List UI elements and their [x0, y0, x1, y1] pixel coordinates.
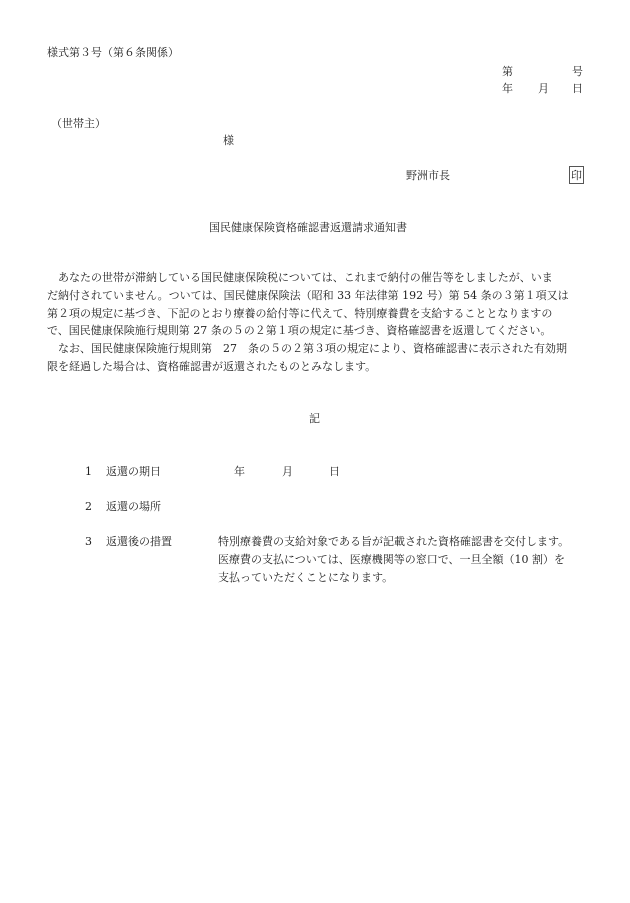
item-number: 3	[85, 536, 92, 547]
deadline-year: 年	[234, 466, 245, 477]
item-label-post-return-measures: 返還後の措置	[106, 536, 172, 547]
document-number-prefix: 第	[502, 66, 513, 77]
body-paragraph: あなたの世帯が滞納している国民健康保険税については、これまで納付の催告等をしまし…	[47, 269, 592, 376]
issuer-name: 野洲市長	[406, 170, 450, 181]
issue-date-month: 月	[538, 83, 549, 94]
form-number: 様式第３号（第６条関係）	[47, 47, 179, 58]
description-line: 支払っていただくことになります。	[218, 569, 569, 587]
seal-stamp-icon: 印	[569, 166, 584, 184]
issue-date-day: 日	[572, 83, 583, 94]
item-number: 2	[85, 501, 92, 512]
body-line: 限を経過した場合は、資格確認書が返還されたものとみなします。	[47, 358, 592, 376]
ki-heading: 記	[309, 413, 320, 424]
item-label-return-deadline: 返還の期日	[106, 466, 161, 477]
deadline-month: 月	[282, 466, 293, 477]
description-line: 医療費の支払については、医療機関等の窓口で、一旦全額（10 割）を	[218, 551, 569, 569]
document-title: 国民健康保険資格確認書返還請求通知書	[209, 222, 407, 233]
issue-date-year: 年	[502, 83, 513, 94]
body-line: で、国民健康保険施行規則第 27 条の５の２第１項の規定に基づき、資格確認書を返…	[47, 322, 592, 340]
deadline-day: 日	[329, 466, 340, 477]
body-line: だ納付されていません。ついては、国民健康保険法（昭和 33 年法律第 192 号…	[47, 287, 592, 305]
recipient-honorific: 様	[223, 135, 234, 146]
document-number-suffix: 号	[572, 66, 583, 77]
body-line: 第２項の規定に基づき、下記のとおり療養の給付等に代えて、特別療養費を支給すること…	[47, 305, 592, 323]
body-line: あなたの世帯が滞納している国民健康保険税については、これまで納付の催告等をしまし…	[47, 269, 592, 287]
description-line: 特別療養費の支給対象である旨が記載された資格確認書を交付します。	[218, 533, 569, 551]
post-return-measures-description: 特別療養費の支給対象である旨が記載された資格確認書を交付します。 医療費の支払に…	[218, 533, 569, 586]
recipient-label: （世帯主）	[51, 118, 106, 129]
item-label-return-place: 返還の場所	[106, 501, 161, 512]
body-line: なお、国民健康保険施行規則第 27 条の５の２第３項の規定により、資格確認書に表…	[47, 340, 592, 358]
item-number: 1	[85, 466, 92, 477]
